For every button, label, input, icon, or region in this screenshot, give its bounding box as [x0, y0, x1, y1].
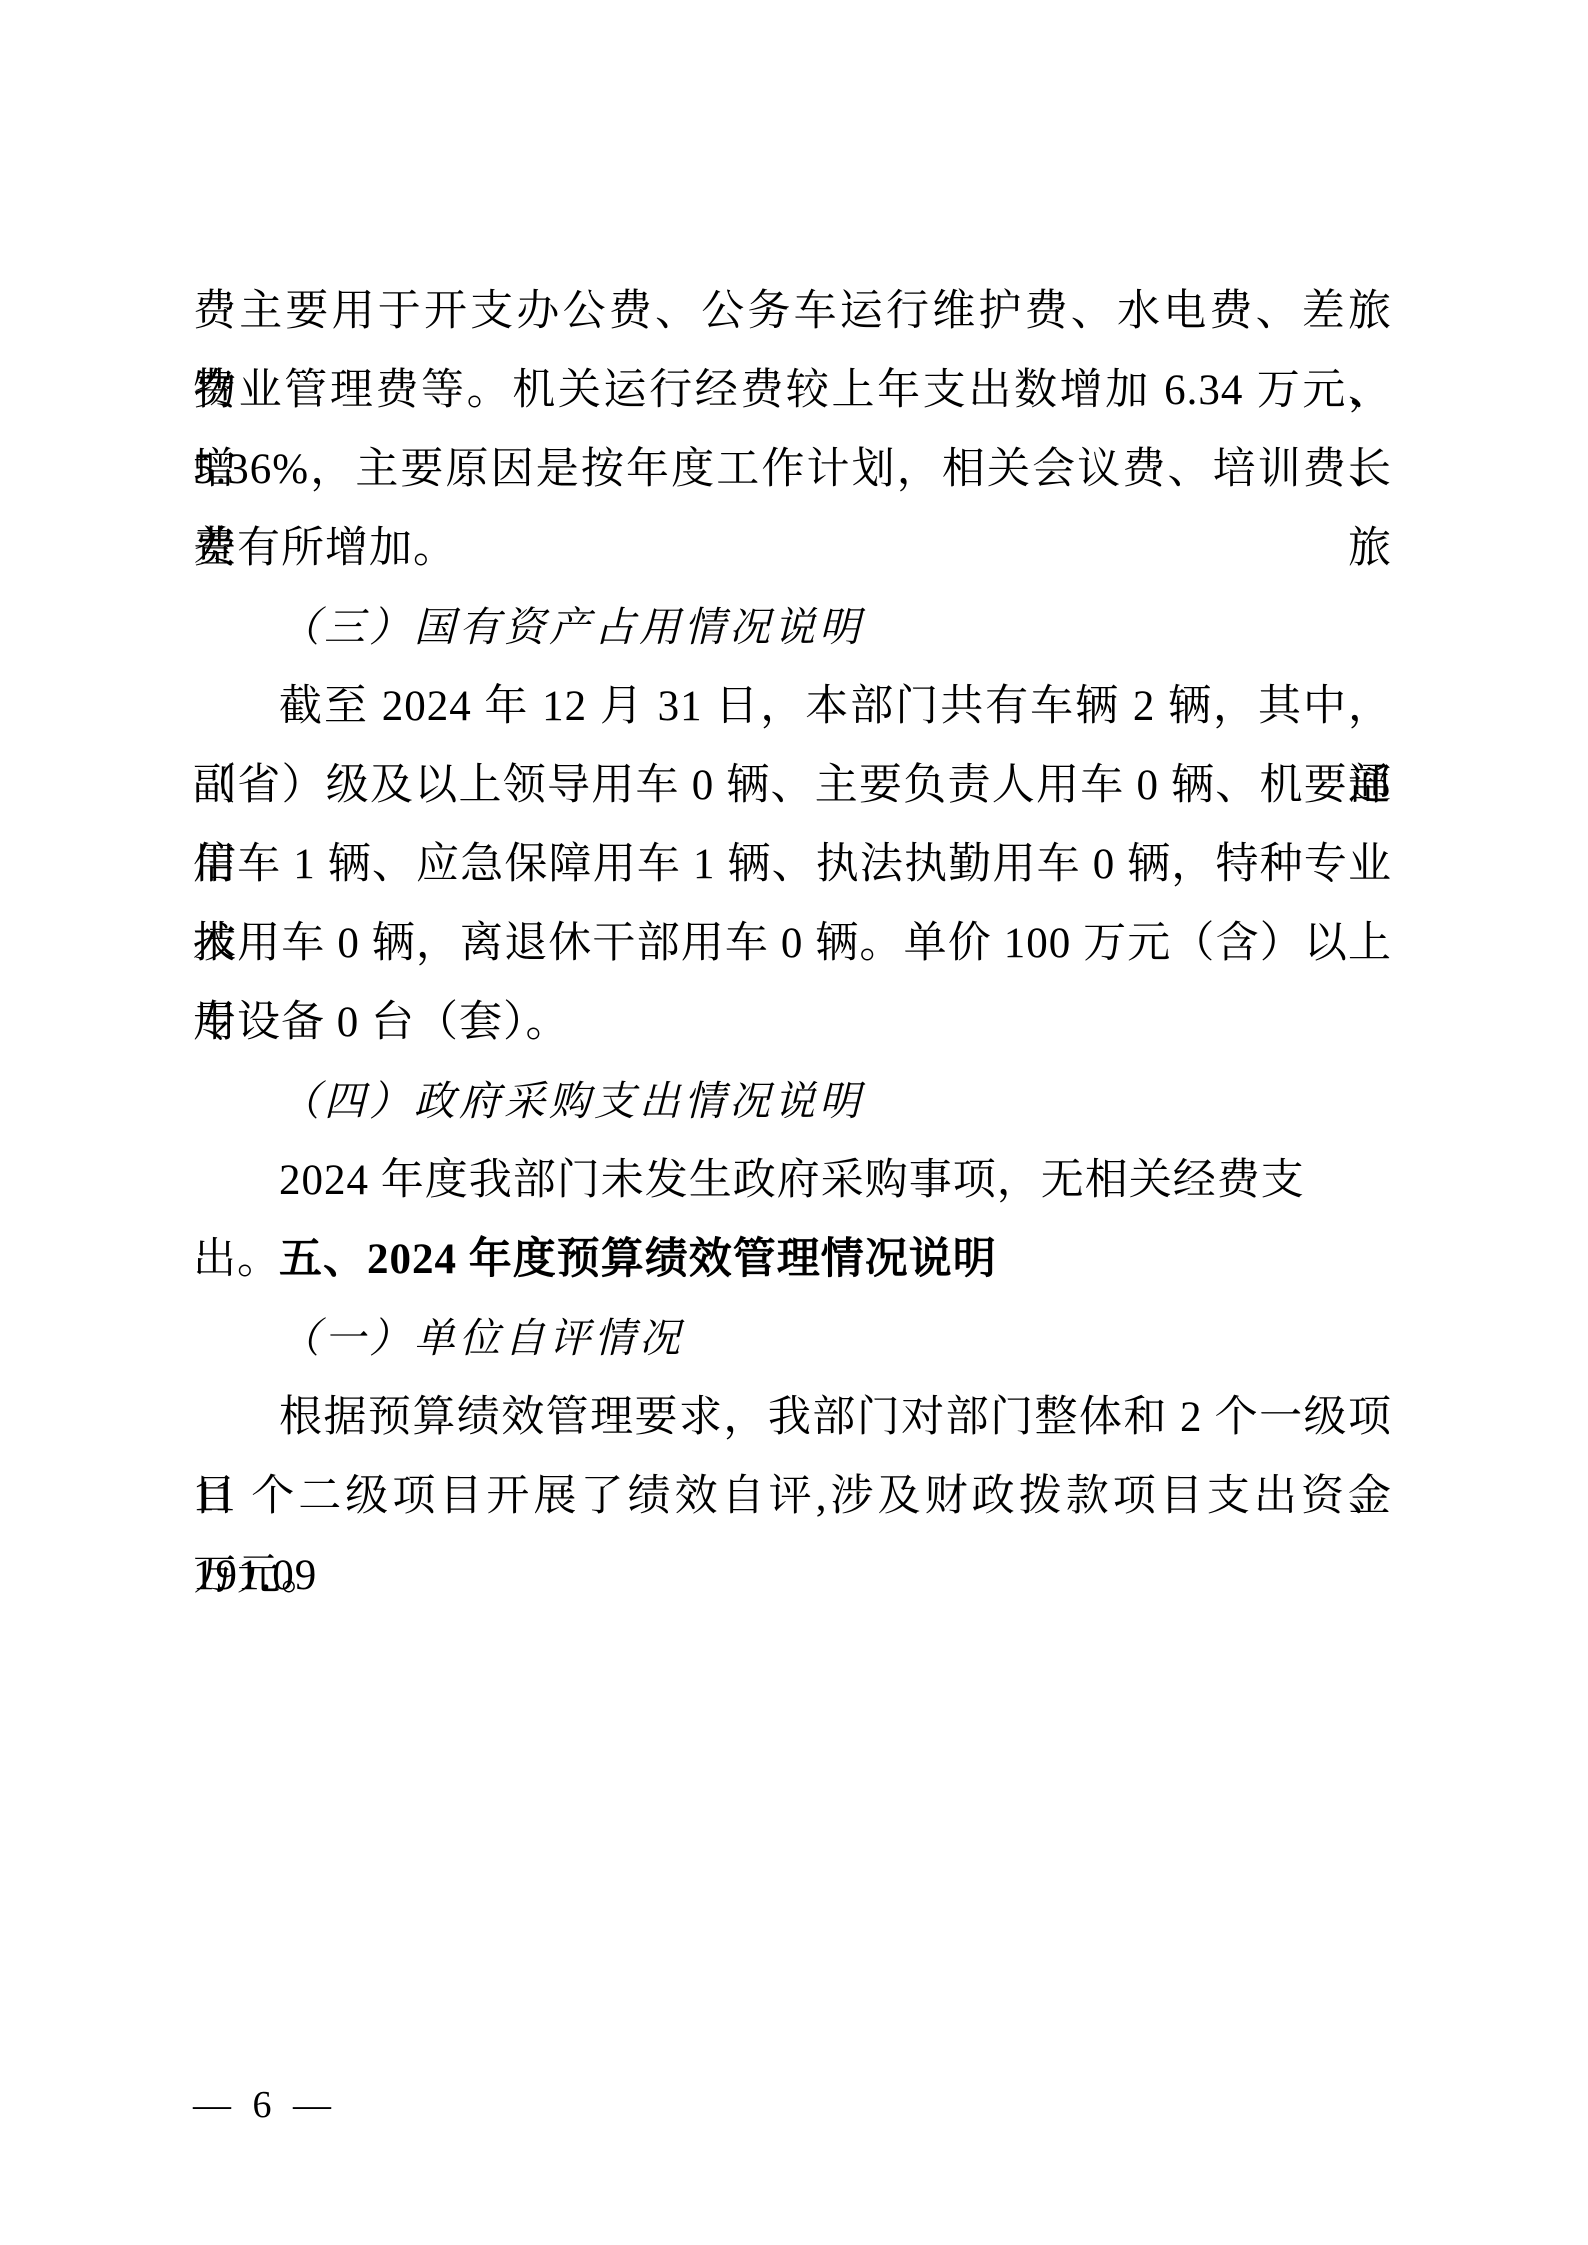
subsection-heading-3: （三）国有资产占用情况说明 — [193, 588, 1392, 667]
subsection-heading-1: （一）单位自评情况 — [193, 1299, 1392, 1378]
paragraph-line: （省）级及以上领导用车 0 辆、主要负责人用车 0 辆、机要通信 — [193, 746, 1392, 825]
paragraph-line: 11 个二级项目开展了绩效自评,涉及财政拨款项目支出资金 191.09 — [193, 1457, 1392, 1536]
paragraph-line: 2024 年度我部门未发生政府采购事项，无相关经费支出。 — [193, 1141, 1392, 1220]
subsection-heading-4: （四）政府采购支出情况说明 — [193, 1062, 1392, 1141]
paragraph-line: 用设备 0 台（套）。 — [193, 983, 1392, 1062]
paragraph-line: 术用车 0 辆，离退休干部用车 0 辆。单价 100 万元（含）以上专 — [193, 904, 1392, 983]
paragraph-line: 万元。 — [193, 1536, 1392, 1615]
paragraph-line: 5.36%，主要原因是按年度工作计划，相关会议费、培训费、差旅 — [193, 430, 1392, 509]
paragraph-line: 截至 2024 年 12 月 31 日，本部门共有车辆 2 辆，其中，副部 — [193, 667, 1392, 746]
document-body: 费主要用于开支办公费、公务车运行维护费、水电费、差旅费、 物业管理费等。机关运行… — [193, 272, 1392, 1615]
section-heading-5: 五、2024 年度预算绩效管理情况说明 — [193, 1220, 1392, 1299]
document-page: 费主要用于开支办公费、公务车运行维护费、水电费、差旅费、 物业管理费等。机关运行… — [0, 0, 1588, 2245]
page-number: — 6 — — [193, 2082, 337, 2128]
paragraph-line: 用车 1 辆、应急保障用车 1 辆、执法执勤用车 0 辆，特种专业技 — [193, 825, 1392, 904]
paragraph-line: 物业管理费等。机关运行经费较上年支出数增加 6.34 万元，增长 — [193, 351, 1392, 430]
paragraph-line: 费主要用于开支办公费、公务车运行维护费、水电费、差旅费、 — [193, 272, 1392, 351]
paragraph-line: 根据预算绩效管理要求，我部门对部门整体和 2 个一级项目、 — [193, 1378, 1392, 1457]
